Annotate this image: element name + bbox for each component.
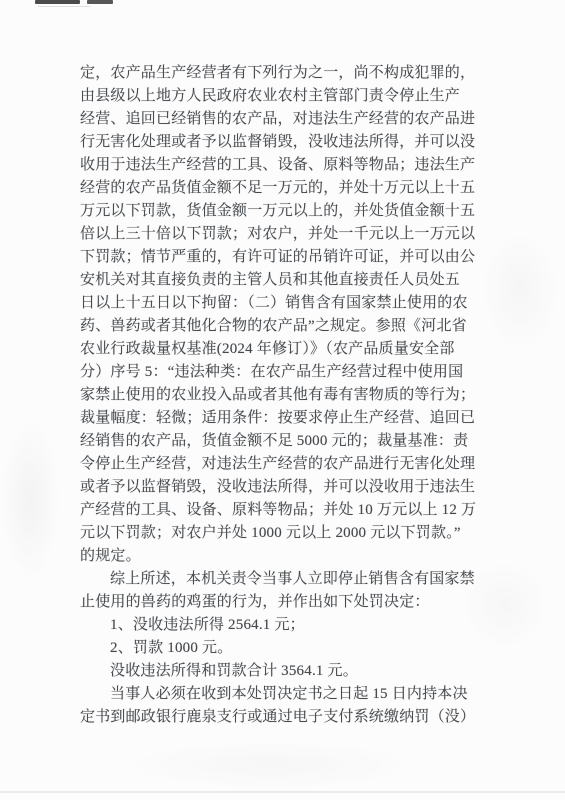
scan-edge-line	[0, 791, 565, 793]
doc-line-penalty-total: 没收违法所得和罚款合计 3564.1 元。	[80, 660, 520, 683]
scan-artifact-top-bar	[35, 0, 80, 4]
doc-line: 下罚款；情节严重的，有许可证的吊销许可证，并可以由公	[80, 246, 520, 269]
doc-line: 定，农产品生产经营者有下列行为之一，尚不构成犯罪的，	[80, 62, 520, 85]
doc-line: 经营、追回已经销售的农产品，对违法生产经营的农产品进	[80, 108, 520, 131]
doc-line: 的规定。	[80, 545, 520, 568]
document-page: 定，农产品生产经营者有下列行为之一，尚不构成犯罪的， 由县级以上地方人民政府农业…	[0, 0, 565, 800]
doc-line-paragraph-start: 综上所述，本机关责令当事人立即停止销售含有国家禁	[80, 568, 520, 591]
doc-line: 由县级以上地方人民政府农业农村主管部门责令停止生产	[80, 85, 520, 108]
doc-line: 收用于违法生产经营的工具、设备、原料等物品；违法生产	[80, 154, 520, 177]
doc-line: 农业行政裁量权基准(2024 年修订）》（农产品质量安全部	[80, 338, 520, 361]
doc-line: 安机关对其直接负责的主管人员和其他直接责任人员处五	[80, 269, 520, 292]
scan-artifact-faint-line	[38, 6, 90, 7]
doc-line-penalty-item-1: 1、没收违法所得 2564.1 元；	[80, 614, 520, 637]
doc-line: 行无害化处理或者予以监督销毁，没收违法所得，并可以没	[80, 131, 520, 154]
scan-artifact-top-bar	[87, 0, 113, 4]
doc-line-penalty-item-2: 2、罚款 1000 元。	[80, 637, 520, 660]
scan-noise-smudge	[120, 740, 420, 790]
doc-line: 裁量幅度：轻微；适用条件：按要求停止生产经营、追回已	[80, 407, 520, 430]
doc-line: 药、兽药或者其他化合物的农产品”之规定。参照《河北省	[80, 315, 520, 338]
scan-noise-smudge	[0, 420, 60, 580]
doc-line: 元以下罚款；对农户并处 1000 元以上 2000 元以下罚款。”	[80, 522, 520, 545]
doc-line: 经销售的农产品，货值金额不足 5000 元的；裁量基准：责	[80, 430, 520, 453]
doc-line: 止使用的兽药的鸡蛋的行为，并作出如下处罚决定：	[80, 591, 520, 614]
doc-line: 产经营的工具、设备、原料等物品；并处 10 万元以上 12 万	[80, 499, 520, 522]
doc-line: 或者予以监督销毁，没收违法所得，并可以没收用于违法生	[80, 476, 520, 499]
doc-line: 倍以上三十倍以下罚款；对农户，并处一千元以上一万元以	[80, 223, 520, 246]
doc-line: 定书到邮政银行鹿泉支行或通过电子支付系统缴纳罚（没）	[80, 706, 520, 729]
document-body: 定，农产品生产经营者有下列行为之一，尚不构成犯罪的， 由县级以上地方人民政府农业…	[80, 62, 520, 729]
doc-line-paragraph-start: 当事人必须在收到本处罚决定书之日起 15 日内持本决	[80, 683, 520, 706]
doc-line: 万元以下罚款，货值金额一万元以上的，并处货值金额十五	[80, 200, 520, 223]
doc-line: 家禁止使用的农业投入品或者其他有毒有害物质的等行为；	[80, 384, 520, 407]
doc-line: 经营的农产品货值金额不足一万元的，并处十万元以上十五	[80, 177, 520, 200]
doc-line: 分）序号 5：“违法种类：在农产品生产经营过程中使用国	[80, 361, 520, 384]
doc-line: 日以上十五日以下拘留：（二）销售含有国家禁止使用的农	[80, 292, 520, 315]
doc-line: 令停止生产经营，对违法生产经营的农产品进行无害化处理	[80, 453, 520, 476]
